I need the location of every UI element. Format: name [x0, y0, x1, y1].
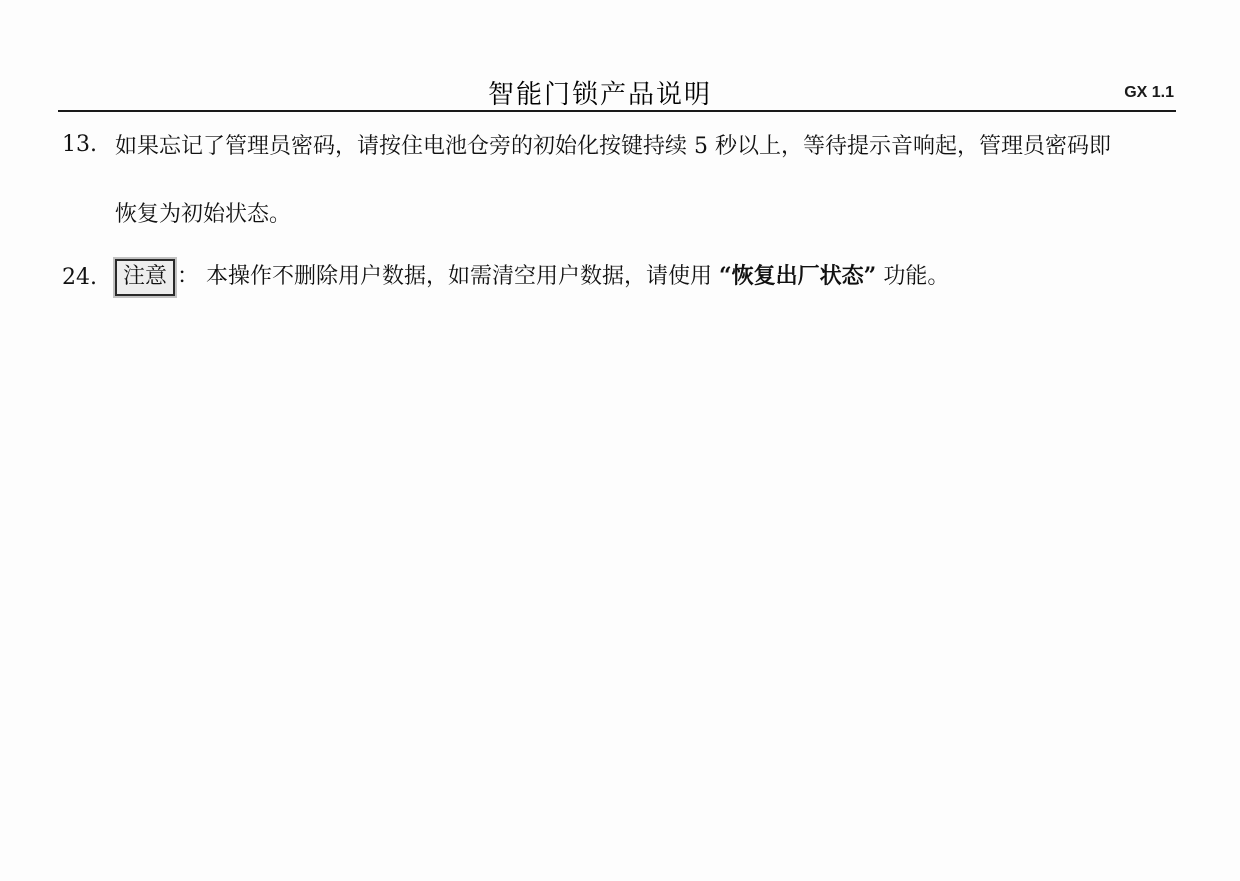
notice-text: 功能。 — [876, 264, 949, 289]
paragraph-line: 恢复为初始状态。 — [115, 200, 1178, 230]
notice-text-bold: “恢复出厂状态” — [719, 263, 876, 289]
list-item-number: 24. — [62, 265, 97, 290]
list-item: 24. 注意： 本操作不删除用户数据，如需清空用户数据，请使用 “恢复出厂状态”… — [0, 259, 1240, 296]
document-content: 13. 如果忘记了管理员密码，请按住电池仓旁的初始化按键持续 5 秒以上，等待提… — [0, 132, 1240, 296]
header-divider — [58, 110, 1176, 112]
list-item-text: 如果忘记了管理员密码，请按住电池仓旁的初始化按键持续 5 秒以上，等待提示音响起… — [115, 132, 1178, 230]
page-title: 智能门锁产品说明 — [0, 74, 1200, 111]
notice-text: 本操作不删除用户数据，如需清空用户数据，请使用 — [206, 264, 719, 289]
notice-colon: ： — [177, 264, 206, 289]
paragraph-line: 如果忘记了管理员密码，请按住电池仓旁的初始化按键持续 5 秒以上，等待提示音响起… — [115, 132, 1178, 162]
list-item: 13. 如果忘记了管理员密码，请按住电池仓旁的初始化按键持续 5 秒以上，等待提… — [0, 132, 1240, 230]
notice-box: 注意 — [115, 259, 175, 296]
list-item-number: 13. — [62, 132, 97, 157]
list-item-text: 注意： 本操作不删除用户数据，如需清空用户数据，请使用 “恢复出厂状态” 功能。 — [115, 259, 1178, 296]
version-label: GX 1.1 — [1124, 84, 1174, 102]
document-page: 智能门锁产品说明 GX 1.1 13. 如果忘记了管理员密码，请按住电池仓旁的初… — [0, 0, 1240, 881]
